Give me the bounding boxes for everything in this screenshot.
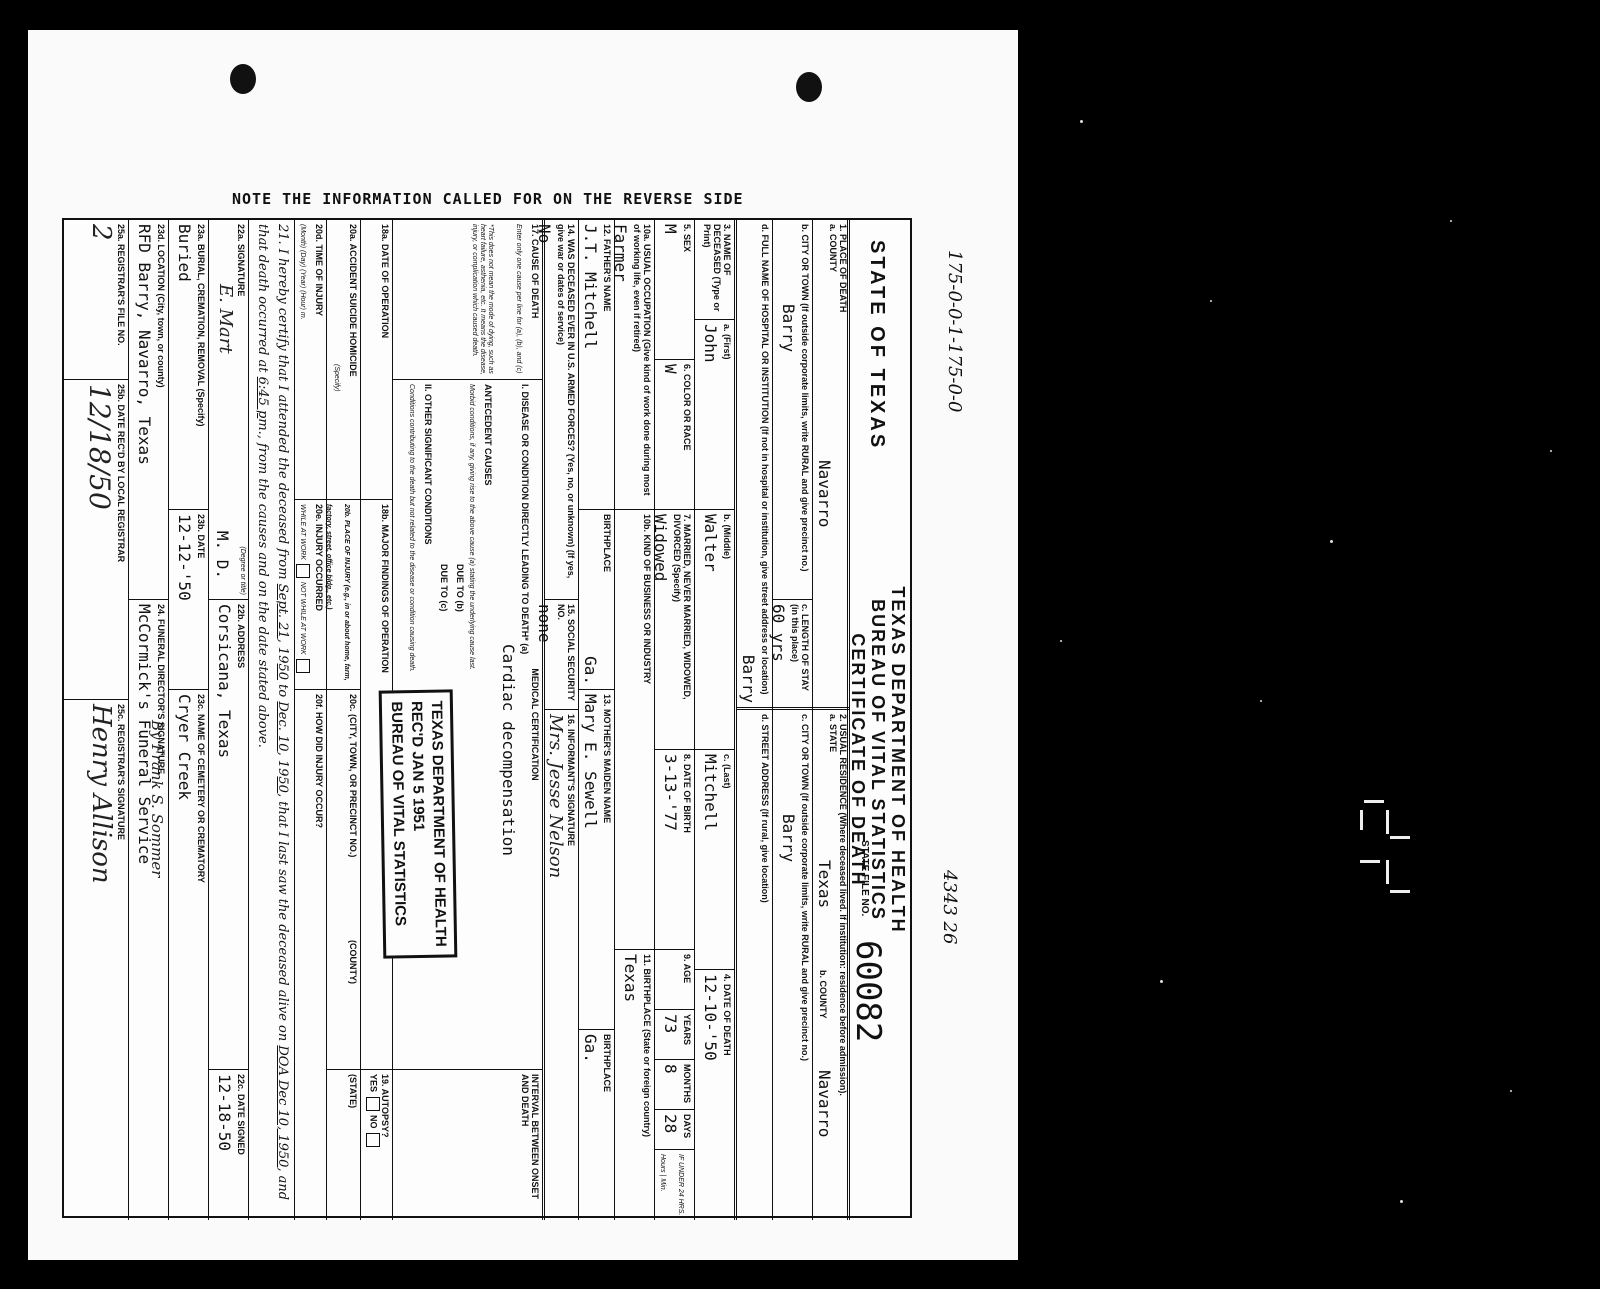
father-birthplace: Ga. xyxy=(581,514,600,685)
birthplace: Texas xyxy=(621,954,640,1216)
margin-handwriting: 175-0-0-1-175-0-0 xyxy=(944,250,965,412)
state-title: STATE OF TEXAS xyxy=(865,240,888,450)
mother-name: Mary E. Sewell xyxy=(581,694,600,1025)
date-received-local: 12/18/50 xyxy=(83,384,116,510)
burial-location: RFD Barry, Navarro, Texas xyxy=(135,224,154,595)
row-parents: 12. FATHER'S NAME J.T. Mitchell BIRTHPLA… xyxy=(578,220,614,1220)
cemetery-name: Cryer Creek xyxy=(175,694,194,1216)
physician-address: Corsicana, Texas xyxy=(215,604,234,1065)
attended-from: Sept. 21 xyxy=(275,584,290,639)
row-certification: 21. I hereby certify that I attended the… xyxy=(248,220,294,1220)
mother-birthplace: Ga. xyxy=(581,1034,600,1216)
row-city: b. CITY OR TOWN (If outside corporate li… xyxy=(772,220,812,1220)
father-name: J.T. Mitchell xyxy=(581,224,600,505)
registrar-signature: Henry Allison xyxy=(86,704,116,884)
sex: M xyxy=(661,224,680,355)
form-header: STATE OF TEXAS TEXAS DEPARTMENT OF HEALT… xyxy=(847,220,910,1220)
row-injury-time: 20d. TIME OF INJURY (Month) (Day) (Year)… xyxy=(294,220,326,1220)
date-of-birth: 3-13-'77 xyxy=(661,754,680,945)
row-informant: 14. WAS DECEASED EVER IN U.S. ARMED FORC… xyxy=(542,220,578,1220)
middle-name: Walter xyxy=(701,514,720,745)
row-physician: 22a. SIGNATURE E. Mart (Degree or title)… xyxy=(208,220,248,1220)
last-seen-alive: DOA Dec 10, 1950 xyxy=(275,1045,290,1167)
reverse-side-note: NOTE THE INFORMATION CALLED FOR ON THE R… xyxy=(232,190,744,208)
received-stamp: TEXAS DEPARTMENT OF HEALTH REC'D JAN 5 1… xyxy=(379,689,458,958)
age-days: 28 xyxy=(661,1114,680,1145)
hospital-name: Barry xyxy=(739,224,758,703)
funeral-director-signature: By Frank S. Sommer xyxy=(148,720,166,877)
registrar-file-no: 2 xyxy=(86,224,116,241)
date-of-death: 12-10-'50 xyxy=(701,974,720,1216)
row-registrar: 25a. REGISTRAR'S FILE NO. 2 25b. DATE RE… xyxy=(64,220,128,1220)
row-hospital: d. FULL NAME OF HOSPITAL OR INSTITUTION … xyxy=(734,220,772,1220)
row-occupation: 10a. USUAL OCCUPATION (Give kind of work… xyxy=(614,220,654,1220)
informant-signature: Mrs. Jesse Nelson xyxy=(545,714,566,878)
race: W xyxy=(661,364,680,505)
age-years: 73 xyxy=(661,1014,680,1055)
row-vitals: 5. SEX M 6. COLOR OR RACE W 7. MARRIED, … xyxy=(654,220,694,1220)
burial-date: 12-12-'50 xyxy=(175,514,194,685)
row-name: 3. NAME OF DECEASED (Type or Print) a. (… xyxy=(694,220,734,1220)
while-at-work-checkbox[interactable] xyxy=(296,564,310,578)
place-county: Navarro xyxy=(815,460,834,527)
autopsy-no-checkbox[interactable] xyxy=(366,1133,380,1147)
state-file-no-label: STATE FILE NO. xyxy=(859,840,870,916)
certificate-form-area: STATE OF TEXAS TEXAS DEPARTMENT OF HEALT… xyxy=(62,218,912,1218)
autopsy-yes-checkbox[interactable] xyxy=(366,1097,380,1111)
row-injury-place: 20a. ACCIDENT SUICIDE HOMICIDE (Specify)… xyxy=(326,220,360,1220)
last-name: Mitchell xyxy=(701,754,720,965)
cause-of-death-a: Cardiac decompensation xyxy=(499,644,518,1065)
punch-hole xyxy=(796,72,822,102)
funeral-home: McCormick's Funeral Service xyxy=(135,604,154,1216)
residence-state: Texas xyxy=(815,860,834,908)
punch-hole xyxy=(230,64,256,94)
attended-to: Dec. 10 xyxy=(275,701,290,751)
burial-type: Buried xyxy=(175,224,194,505)
residence-city: Barry xyxy=(779,814,798,1216)
residence-county: Navarro xyxy=(815,1070,834,1137)
not-while-at-work-checkbox[interactable] xyxy=(296,659,310,673)
physician-degree: M. D. xyxy=(213,531,232,579)
physician-signature: E. Mart xyxy=(215,284,236,354)
row-burial: 23a. BURIAL, CREMATION, REMOVAL (Specify… xyxy=(168,220,208,1220)
row-funeral: 23d. LOCATION (City, town, or county) RF… xyxy=(128,220,168,1220)
age-months: 8 xyxy=(661,1064,680,1105)
first-name: John xyxy=(701,324,720,505)
row-place-residence: 1. PLACE OF DEATH a. COUNTY Navarro 2. U… xyxy=(812,220,850,1220)
margin-handwriting: 4343 26 xyxy=(939,870,960,944)
time-of-death: 6:45 p xyxy=(255,377,270,419)
department-title: TEXAS DEPARTMENT OF HEALTH BUREAU OF VIT… xyxy=(848,550,908,970)
certificate-of-death-form: STATE OF TEXAS TEXAS DEPARTMENT OF HEALT… xyxy=(62,218,912,1218)
state-file-no: 60082 xyxy=(848,940,888,1042)
place-city: Barry xyxy=(779,304,798,595)
date-signed: 12-18-50 xyxy=(215,1074,234,1216)
scan-marks xyxy=(1360,800,1430,920)
